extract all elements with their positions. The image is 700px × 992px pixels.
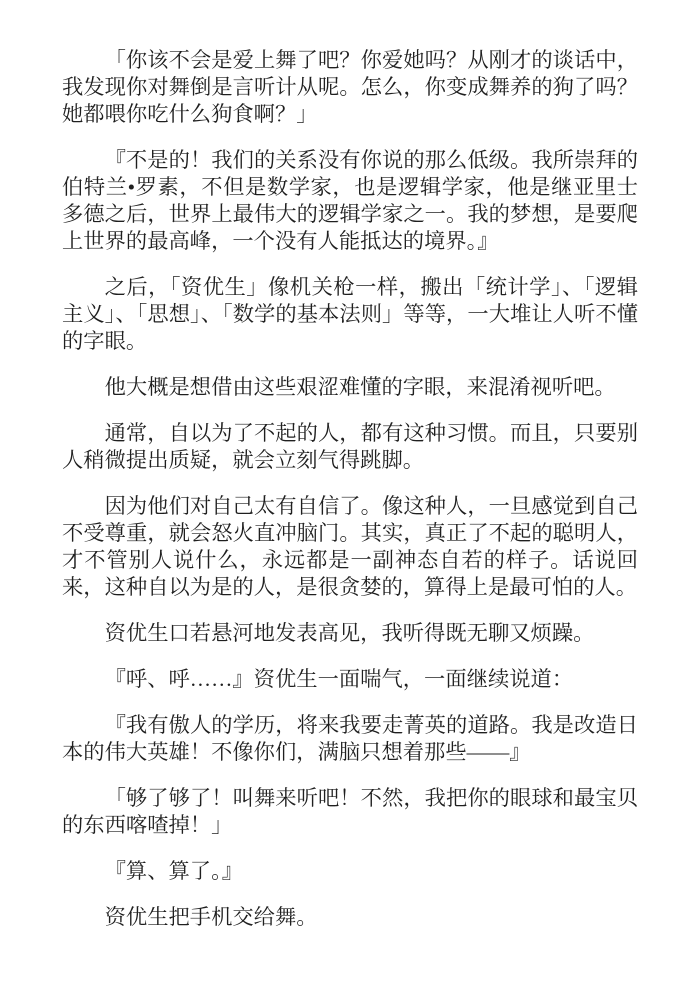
paragraph-4: 他大概是想借由这些艰涩难懂的字眼，来混淆视听吧。 — [62, 374, 638, 401]
paragraph-11: 『算、算了。』 — [62, 858, 638, 885]
paragraph-12: 资优生把手机交给舞。 — [62, 904, 638, 931]
paragraph-9: 『我有傲人的学历，将来我要走菁英的道路。我是改造日本的伟大英雄！不像你们，满脑只… — [62, 712, 638, 766]
novel-page: 「你该不会是爱上舞了吧？你爱她吗？从刚才的谈话中，我发现你对舞倒是言听计从呢。怎… — [0, 0, 700, 992]
paragraph-10: 「够了够了！叫舞来听吧！不然，我把你的眼球和最宝贝的东西喀喳掉！」 — [62, 785, 638, 839]
paragraph-1: 「你该不会是爱上舞了吧？你爱她吗？从刚才的谈话中，我发现你对舞倒是言听计从呢。怎… — [62, 47, 638, 128]
paragraph-2: 『不是的！我们的关系没有你说的那么低级。我所崇拜的伯特兰•罗素，不但是数学家，也… — [62, 147, 638, 255]
paragraph-5: 通常，自以为了不起的人，都有这种习惯。而且，只要别人稍微提出质疑，就会立刻气得跳… — [62, 420, 638, 474]
paragraph-3: 之后，「资优生」像机关枪一样，搬出「统计学」、「逻辑主义」、「思想」、「数学的基… — [62, 274, 638, 355]
paragraph-6: 因为他们对自己太有自信了。像这种人，一旦感觉到自己不受尊重，就会怒火直冲脑门。其… — [62, 493, 638, 601]
paragraph-8: 『呼、呼……』资优生一面喘气，一面继续说道： — [62, 666, 638, 693]
paragraph-7: 资优生口若悬河地发表高见，我听得既无聊又烦躁。 — [62, 620, 638, 647]
